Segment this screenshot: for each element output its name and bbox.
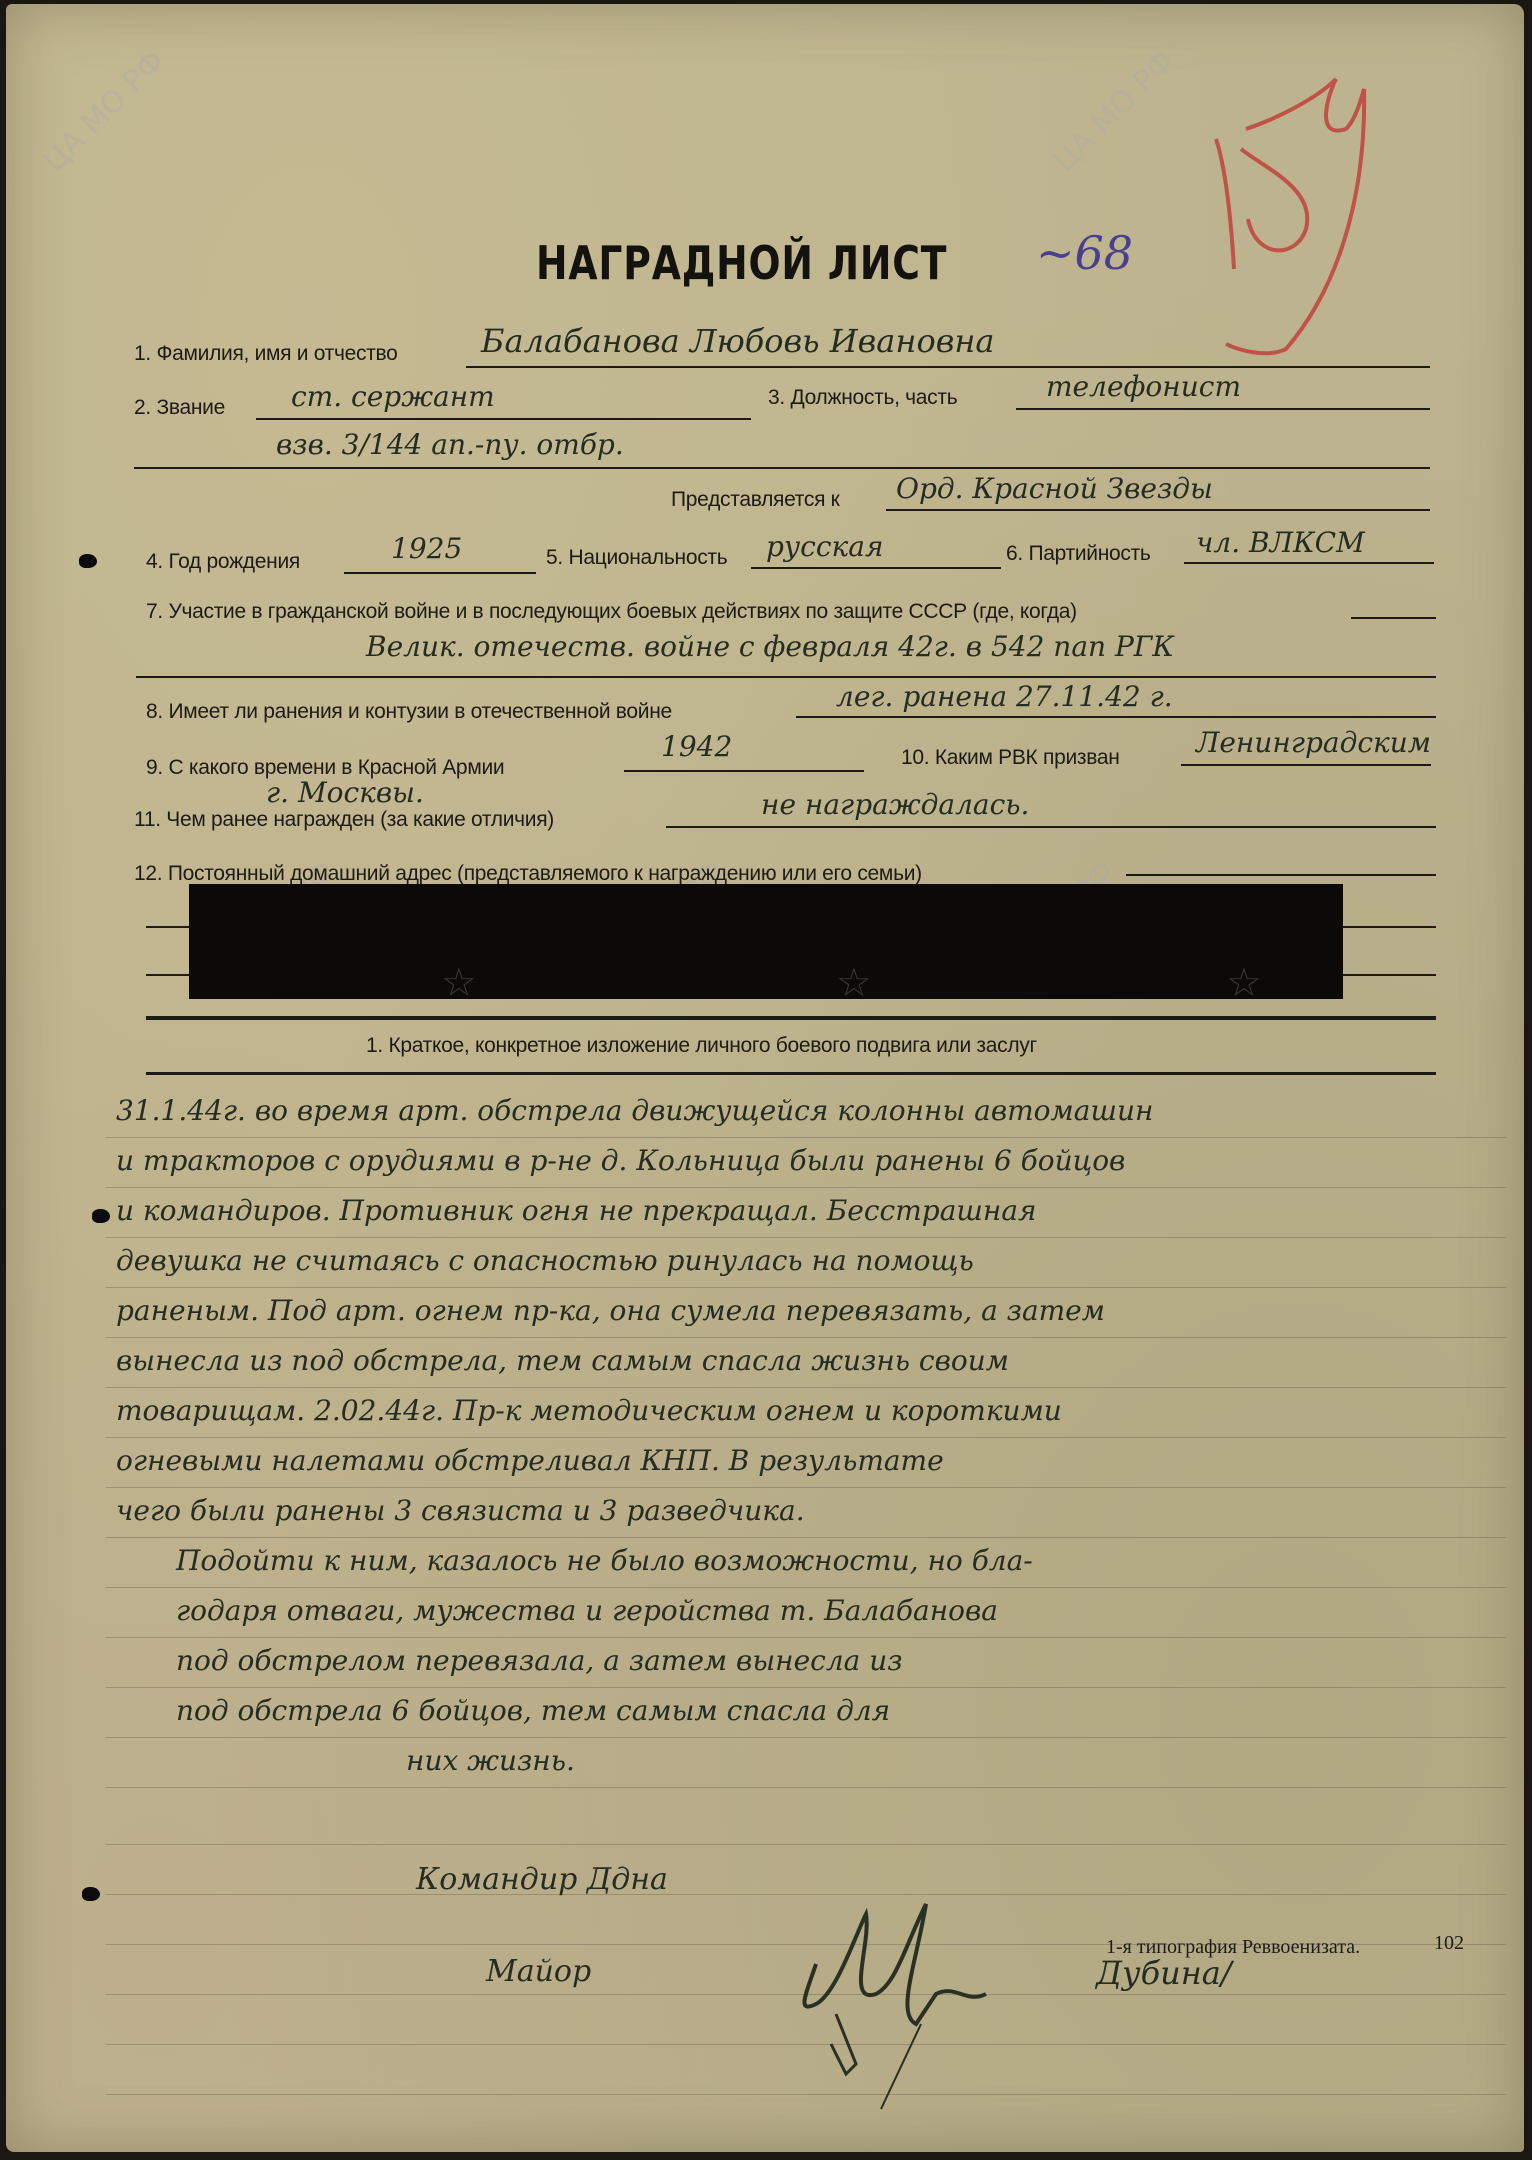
- watermark: ЦА МО РФ: [1047, 44, 1182, 179]
- field-2-value: ст. сержант: [291, 380, 495, 413]
- document-title: НАГРАДНОЙ ЛИСТ: [536, 236, 947, 290]
- field-11-value: не награждалась.: [761, 788, 1029, 821]
- narrative-line: них жизнь.: [406, 1744, 575, 1777]
- narrative-line: под обстрелом перевязала, а затем вынесл…: [176, 1644, 903, 1677]
- punch-hole: [82, 1887, 100, 1901]
- field-4-value: 1925: [391, 532, 462, 565]
- signature-name: Дубина/: [1096, 1954, 1232, 1992]
- redacted-address: [189, 884, 1343, 999]
- field-10-label: 10. Каким РВК призван: [901, 746, 1120, 770]
- sheet-number: ~68: [1036, 226, 1133, 280]
- narrative-line: и командиров. Противник огня не прекраща…: [116, 1194, 1037, 1227]
- form-number: 102: [1434, 1932, 1464, 1955]
- narrative-line: годаря отваги, мужества и геройства т. Б…: [176, 1594, 998, 1627]
- field-3-label: 3. Должность, часть: [768, 386, 957, 410]
- field-6-value: чл. ВЛКСМ: [1196, 526, 1365, 559]
- signature-scribble: [786, 1874, 1066, 2114]
- punch-hole: [79, 554, 97, 568]
- narrative-line: Подойти к ним, казалось не было возможно…: [176, 1544, 1033, 1577]
- field-9-value: 1942: [661, 730, 732, 763]
- field-10-value: Ленинградским: [1196, 726, 1431, 759]
- printer-imprint: 1-я типография Реввоенизата.: [1106, 1936, 1360, 1959]
- narrative-line: девушка не считаясь с опасностью ринулас…: [116, 1244, 974, 1277]
- field-10-value-line2: г. Москвы.: [266, 776, 424, 809]
- red-pencil-mark: [1206, 59, 1406, 359]
- field-7-value: Велик. отечеств. войне с февраля 42г. в …: [366, 630, 1174, 663]
- field-4-label: 4. Год рождения: [146, 550, 300, 574]
- field-8-value: лег. ранена 27.11.42 г.: [836, 680, 1173, 713]
- narrative-line: товарищам. 2.02.44г. Пр-к методическим о…: [116, 1394, 1062, 1427]
- watermark-star-icon: ☆: [1226, 959, 1262, 1006]
- punch-hole: [92, 1209, 110, 1223]
- field-3-value: телефонист: [1046, 370, 1241, 403]
- narrative-line: под обстрела 6 бойцов, тем самым спасла …: [176, 1694, 890, 1727]
- narrative-line: чего были ранены 3 связиста и 3 разведчи…: [116, 1494, 805, 1527]
- field-1-label: 1. Фамилия, имя и отчество: [134, 342, 398, 366]
- watermark-star-icon: ☆: [441, 959, 477, 1006]
- field-1-value: Балабанова Любовь Ивановна: [481, 322, 995, 360]
- presented-for-label: Представляется к: [671, 488, 840, 512]
- narrative-line: 31.1.44г. во время арт. обстрела движуще…: [116, 1094, 1153, 1127]
- narrative-line: раненым. Под арт. огнем пр-ка, она сумел…: [116, 1294, 1105, 1327]
- field-8-label: 8. Имеет ли ранения и контузии в отечест…: [146, 700, 672, 724]
- field-3-value-line2: взв. 3/144 ап.-пу. отбр.: [276, 428, 624, 461]
- field-7-label: 7. Участие в гражданской войне и в после…: [146, 600, 1077, 624]
- narrative-line: и тракторов с орудиями в р-не д. Кольниц…: [116, 1144, 1125, 1177]
- field-5-label: 5. Национальность: [546, 546, 727, 570]
- field-6-label: 6. Партийность: [1006, 542, 1151, 566]
- field-2-label: 2. Звание: [134, 396, 225, 420]
- section-heading: 1. Краткое, конкретное изложение личного…: [366, 1034, 1037, 1058]
- watermark: ЦА МО РФ: [37, 44, 172, 179]
- field-12-label: 12. Постоянный домашний адрес (представл…: [134, 862, 922, 886]
- narrative-line: вынесла из под обстрела, тем самым спасл…: [116, 1344, 1009, 1377]
- watermark-star-icon: ☆: [836, 959, 872, 1006]
- field-11-label: 11. Чем ранее награжден (за какие отличи…: [134, 808, 554, 832]
- narrative-line: огневыми налетами обстреливал КНП. В рез…: [116, 1444, 944, 1477]
- signature-role: Командир Ддна: [416, 1862, 668, 1897]
- signature-rank: Майор: [486, 1954, 591, 1989]
- presented-for-value: Орд. Красной Звезды: [896, 472, 1213, 505]
- award-sheet: ЦА МО РФ ЦА МО РФ ЦА МО РФ ЦА МО РФ ЦА М…: [6, 4, 1524, 2152]
- field-5-value: русская: [766, 530, 883, 563]
